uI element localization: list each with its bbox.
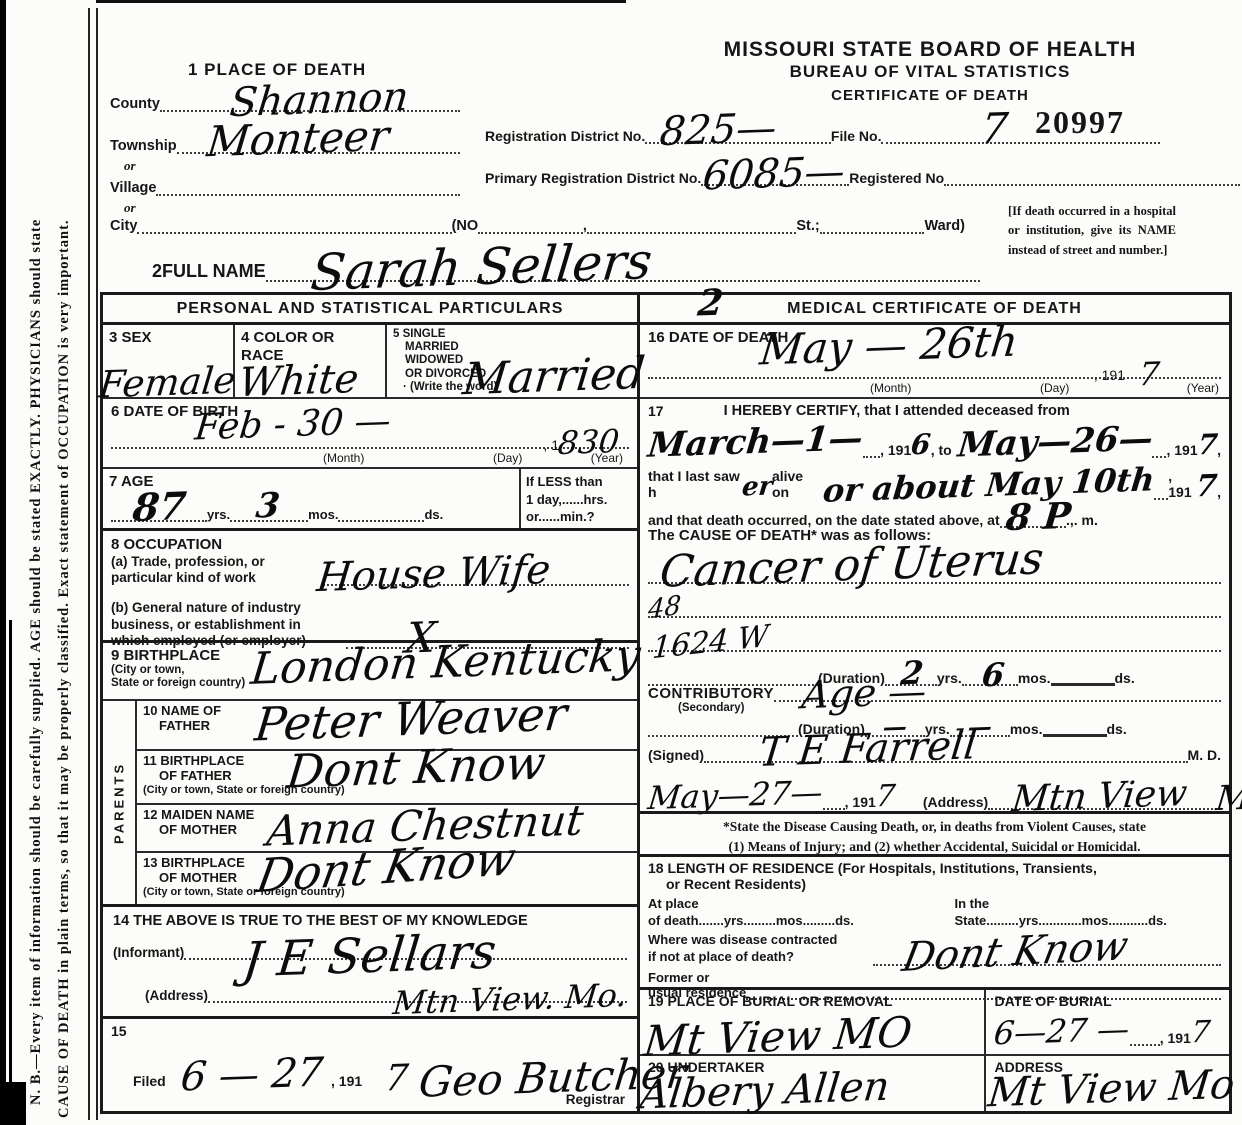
certify-block: 17 I HEREBY CERTIFY, that I attended dec… (640, 399, 1229, 523)
undertaker-address-value: Mt View Mo (987, 1067, 1237, 1112)
scan-corner-blob (0, 1082, 26, 1125)
cause-scribble-1: 48 (647, 594, 681, 622)
filed-year-value: 7 (383, 1062, 409, 1095)
occupation-a-line: House Wife (323, 582, 629, 586)
registrar-label: Registrar (566, 1092, 625, 1107)
margin-note-line2: CAUSE OF DEATH in plain terms, so that i… (56, 219, 73, 1118)
occupation-a-line1: (a) Trade, profession, or (111, 554, 323, 570)
contracted-line: Dont Know (873, 962, 1221, 966)
marital-value: Married (461, 354, 647, 400)
margin-note-line1: N. B.—Every item of information should b… (28, 219, 45, 1105)
burial-year-value: 7 (1189, 1019, 1211, 1047)
occupation-a-label: (a) Trade, profession, or particular kin… (111, 554, 323, 586)
cause-line-2: 48 (648, 614, 1221, 618)
lastsaw-printed1: that I last saw h (648, 468, 742, 500)
cause-block: The CAUSE OF DEATH* was as follows: Canc… (640, 523, 1229, 683)
race-cell: 4 COLOR OR RACE White (235, 325, 387, 397)
signed-label: (Signed) (648, 747, 704, 763)
township-value: Monteer (205, 117, 391, 161)
registration-district-line: 825— (645, 140, 831, 144)
dob-month-label: (Month) (323, 451, 364, 465)
primary-registration-value: 6085— (701, 153, 847, 194)
st-label: St.; (796, 218, 819, 234)
age-cell: 7 AGE 87 yrs. 3 mos. ds. (103, 469, 519, 528)
cause-line-1: Cancer of Uterus (648, 580, 1221, 584)
date-of-death-value: May — 26th (758, 322, 1020, 369)
village-row: Village (110, 180, 460, 196)
contrib-mos-label: mos. (1010, 721, 1043, 737)
fullname-label: 2FULL NAME (152, 261, 266, 282)
file-no-line: 7 (881, 140, 1160, 144)
county-line: Shannon (160, 108, 460, 112)
dob-value: Feb - 30 — (193, 406, 392, 445)
city-row: City (NO , St.; Ward) (110, 218, 965, 234)
birthplace-value: London Kentucky (249, 636, 642, 689)
township-label: Township (110, 138, 177, 154)
age-less-line1: If LESS than (526, 473, 632, 491)
certificate-title: CERTIFICATE OF DEATH (660, 87, 1200, 104)
village-line (156, 192, 460, 196)
at-place-cell: At place of death.......yrs.........mos.… (648, 896, 954, 930)
undertaker-value: Albery Allen (638, 1069, 891, 1114)
lastsaw-year-value: 7 (1195, 472, 1219, 500)
ward-line (820, 230, 925, 234)
primary-registration-row: Primary Registration District No. 6085— … (485, 170, 1240, 186)
occupation-b-line2: business, or establishment in (111, 617, 346, 633)
from-year-printed: , 191 (880, 442, 911, 458)
physician-address-value-2: Mo (1214, 782, 1242, 815)
ward-label: Ward) (924, 218, 965, 234)
contributory-label: CONTRIBUTORY (648, 685, 774, 702)
attended-to-line (1152, 454, 1166, 458)
personal-particulars-pane: PERSONAL AND STATISTICAL PARTICULARS 3 S… (103, 295, 640, 1111)
filed-date-value: 6 — 27 (179, 1054, 324, 1095)
burial-place-label: 19 PLACE OF BURIAL OR REMOVAL (648, 993, 893, 1009)
registration-district-value: 825— (658, 110, 778, 150)
age-years-value: 87 (131, 489, 187, 525)
filed-label: Filed (133, 1073, 166, 1089)
physician-address-line: Mtn View Mo (988, 806, 1221, 810)
certify-number: 17 (648, 403, 664, 419)
lastsaw-year-printed: , 191 (1168, 468, 1196, 500)
signed-year-value: 7 (874, 782, 896, 810)
contrib-ds-label: ds. (1107, 721, 1127, 737)
street-no-line (478, 230, 583, 234)
county-label: County (110, 96, 160, 112)
signed-block: (Signed) T E Farrell M. D. May—27— , 191… (640, 745, 1229, 811)
informant-address-label: (Address) (145, 988, 208, 1003)
parents-side-cell: PARENTS (103, 701, 137, 904)
primary-registration-label: Primary Registration District No. (485, 170, 701, 186)
contracted-line2: if not at place of death? (648, 949, 873, 966)
burial-place-cell: 19 PLACE OF BURIAL OR REMOVAL Mt View MO (640, 990, 986, 1054)
attended-to-value: May—26— (956, 424, 1154, 462)
lastsaw-printed2: alive on (772, 468, 819, 500)
primary-registration-line: 6085— (701, 182, 849, 186)
at-place-line1: At place (648, 896, 954, 913)
date-of-death-row: 16 DATE OF DEATH May — 26th (Month) (Day… (640, 325, 1229, 399)
undertaker-address-cell: ADDRESS Mt View Mo (986, 1056, 1229, 1111)
occupation-row: 8 OCCUPATION (a) Trade, profession, or p… (103, 531, 637, 643)
dod-day-label: (Day) (1040, 381, 1069, 395)
contributory-line: Age — (774, 698, 1221, 702)
marital-label-1: 5 SINGLE (393, 328, 631, 341)
contracted-label: Where was disease contracted if not at p… (648, 932, 873, 966)
lastsaw-value: or about May 10th (821, 465, 1155, 505)
filed-number: 15 (111, 1023, 127, 1039)
registered-no-label: Registered No (849, 170, 944, 186)
to-comma: , (1217, 442, 1221, 458)
burial-date-cell: DATE OF BURIAL 6—27 — , 191 7 (986, 990, 1229, 1054)
residence-label-line2: or Recent Residents) (648, 876, 1221, 892)
md-label: M. D. (1188, 747, 1221, 763)
medical-title: MEDICAL CERTIFICATE OF DEATH (787, 300, 1082, 318)
filed-block: 15 Filed 6 — 27 , 191 7 Geo Butcher Regi… (103, 1019, 637, 1111)
certify-text: I HEREBY CERTIFY, that I attended deceas… (724, 403, 1070, 419)
contracted-value: Dont Know (900, 927, 1131, 975)
burial-date-line (1130, 1042, 1160, 1046)
age-mos-label: mos. (308, 507, 338, 522)
lastsaw-line (1154, 496, 1168, 500)
street-no-label: (NO (452, 218, 479, 234)
truth-statement: 14 THE ABOVE IS TRUE TO THE BEST OF MY K… (113, 913, 627, 929)
sex-value: Female (97, 363, 237, 401)
scan-edge-top (96, 0, 626, 3)
burial-place-value: Mt View MO (642, 1013, 914, 1060)
dod-year-label: (Year) (1187, 381, 1219, 395)
main-form-box: PERSONAL AND STATISTICAL PARTICULARS 3 S… (100, 292, 1232, 1114)
registration-district-row: Registration District No. 825— File No. … (485, 128, 1160, 144)
attended-from-value: March—1— (646, 423, 864, 461)
burial-date-value: 6—27 — (993, 1015, 1131, 1049)
mother-birthplace-row: 13 BIRTHPLACE OF MOTHER (City or town, S… (137, 853, 637, 904)
file-no-label: File No. (831, 128, 882, 144)
death-certificate-scan: N. B.—Every item of information should b… (0, 0, 1242, 1125)
occupation-a-line2: particular kind of work (111, 570, 323, 586)
sex-race-marital-row: 3 SEX Female 4 COLOR OR RACE White 5 SIN… (103, 325, 637, 399)
age-less-cell: If LESS than 1 day,......hrs. or......mi… (519, 469, 637, 528)
or-label-2: or (124, 200, 136, 216)
bureau-title: BUREAU OF VITAL STATISTICS (660, 62, 1200, 82)
footnote-line1: *State the Disease Causing Death, or, in… (640, 817, 1229, 837)
marital-cell: 5 SINGLE MARRIED WIDOWED OR DIVORCED · (… (387, 325, 637, 397)
signed-value: T E Farrell (757, 727, 978, 771)
burial-grid: 19 PLACE OF BURIAL OR REMOVAL Mt View MO… (640, 987, 1229, 1111)
personal-title: PERSONAL AND STATISTICAL PARTICULARS (103, 295, 637, 325)
signed-line: T E Farrell (704, 759, 1188, 763)
lastsaw-comma: , (1217, 484, 1221, 500)
dob-day-label: (Day) (493, 451, 522, 465)
scan-edge-left-2 (9, 620, 12, 1125)
occupation-a-value: House Wife (315, 552, 552, 596)
filed-year-printed: , 191 (331, 1073, 362, 1089)
dob-row: 6 DATE OF BIRTH Feb - 30 — (Month) (Day)… (103, 399, 637, 469)
board-title: MISSOURI STATE BOARD OF HEALTH (660, 38, 1200, 62)
violent-causes-footnote: *State the Disease Causing Death, or, in… (640, 811, 1229, 857)
cause-value: Cancer of Uterus (658, 540, 1045, 593)
informant-label: (Informant) (113, 945, 184, 960)
age-row: 7 AGE 87 yrs. 3 mos. ds. (103, 469, 637, 531)
township-row: Township Monteer (110, 138, 460, 154)
village-label: Village (110, 180, 156, 196)
informant-block: 14 THE ABOVE IS TRUE TO THE BEST OF MY K… (103, 907, 637, 1019)
occupation-b-line1: (b) General nature of industry (111, 600, 346, 616)
parents-block: PARENTS 10 NAME OF FATHER Peter Weaver 1… (103, 701, 637, 907)
residence-block: 18 LENGTH OF RESIDENCE (For Hospitals, I… (640, 857, 1229, 987)
medical-certificate-pane: 2 MEDICAL CERTIFICATE OF DEATH 16 DATE O… (640, 295, 1229, 1111)
to-printed: , to (931, 442, 952, 458)
cause-line-3: 1624 W (648, 648, 1221, 652)
informant-value: J E Sellars (241, 930, 498, 982)
fullname-row: 2FULL NAME Sarah Sellers (152, 240, 980, 282)
file-no-value: 7 (979, 110, 1010, 149)
age-ds-label: ds. (424, 507, 443, 522)
sex-label: 3 SEX (109, 329, 152, 346)
from-year-value: 6 (910, 432, 932, 458)
registration-district-label: Registration District No. (485, 128, 645, 144)
father-bp-value: Dont Know (285, 742, 548, 793)
age-years-line: 87 (111, 518, 207, 522)
fullname-line: Sarah Sellers (266, 278, 980, 282)
physician-address-label: (Address) (923, 794, 988, 810)
county-row: County Shannon (110, 96, 460, 112)
to-year-printed: , 191 (1166, 442, 1197, 458)
city-label: City (110, 218, 137, 234)
signed-year-printed: , 191 (845, 794, 876, 810)
age-less-line2: 1 day,......hrs. (526, 491, 632, 509)
burial-date-label: DATE OF BURIAL (994, 993, 1111, 1009)
city-line (137, 230, 451, 234)
undertaker-cell: 20 UNDERTAKER Albery Allen (640, 1056, 986, 1111)
informant-address-value: Mtn View. Mo. (392, 981, 629, 1018)
signed-date-value: May—27— (647, 778, 825, 813)
in-state-line1: In the (954, 896, 1221, 913)
footnote-line2: (1) Means of Injury; and (2) whether Acc… (640, 837, 1229, 857)
age-yrs-label: yrs. (207, 507, 230, 522)
dod-year-value: 7 (1137, 360, 1160, 390)
at-place-line2: of death.......yrs.........mos.........d… (648, 913, 954, 930)
contributory-sublabel: (Secondary) (648, 702, 1221, 715)
age-days-line (338, 518, 424, 522)
sex-cell: 3 SEX Female (103, 325, 235, 397)
parents-label: PARENTS (103, 701, 135, 904)
form-left-rule-outer (88, 8, 90, 1120)
residence-label-line1: 18 LENGTH OF RESIDENCE (For Hospitals, I… (648, 860, 1221, 876)
age-months-line: 3 (230, 518, 308, 522)
or-label-1: or (124, 158, 136, 174)
dod-month-label: (Month) (870, 381, 911, 395)
burial-year-printed: , 191 (1160, 1030, 1191, 1046)
township-line: Monteer (177, 150, 460, 154)
to-year-value: 7 (1196, 432, 1218, 458)
fullname-value: Sarah Sellers (308, 239, 653, 296)
age-months-value: 3 (255, 491, 282, 523)
race-value: White (237, 361, 360, 401)
date-of-death-line (648, 377, 1221, 379)
form-left-rule-inner (96, 8, 98, 1120)
contributory-value: Age — (800, 674, 928, 713)
signed-date-line (823, 806, 845, 810)
contracted-line1: Where was disease contracted (648, 932, 873, 949)
dod-year-printed: , 191 (1094, 367, 1125, 383)
scan-edge-left (0, 0, 6, 1125)
registered-no-line (944, 182, 1240, 186)
attended-from-line (863, 454, 880, 458)
dob-year-label: (Year) (591, 451, 623, 465)
contrib-ds-line (1043, 733, 1107, 737)
medical-section-scrawl: 2 (696, 286, 725, 319)
hospital-note: [If death occurred in a hospital or inst… (1008, 202, 1176, 260)
lastsaw-pronoun: er (740, 476, 773, 501)
age-less-line3: or......min.? (526, 508, 632, 526)
